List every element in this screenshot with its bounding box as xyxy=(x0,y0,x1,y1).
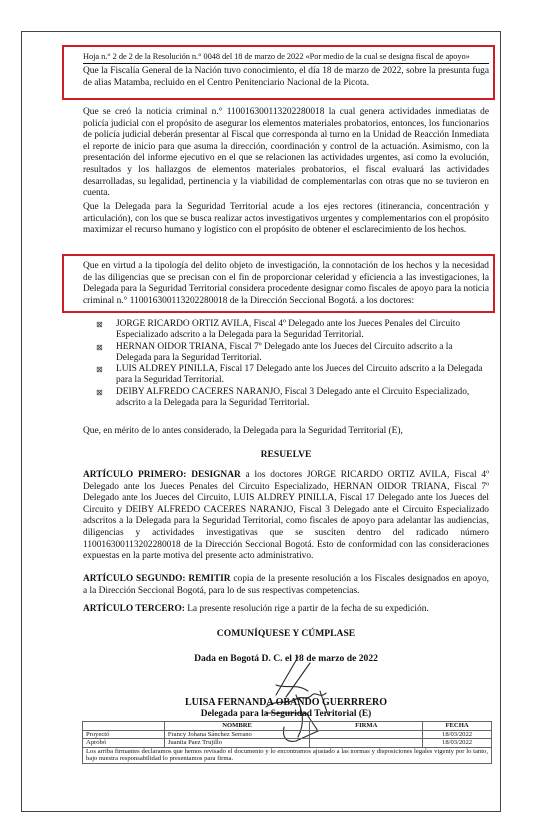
articulo-primero: ARTÍCULO PRIMERO: DESIGNAR a los doctore… xyxy=(83,470,489,563)
missing-glyph-box-icon: ⊠ xyxy=(96,364,103,375)
signer-name: LUISA FERNANDA OBANDO GUERRRERO xyxy=(83,697,489,708)
missing-glyph-box-icon: ⊠ xyxy=(96,342,103,353)
page-header: Hoja n.° 2 de 2 de la Resolución n.° 004… xyxy=(83,52,489,64)
list-item: ⊠JORGE RICARDO ORTIZ AVILA, Fiscal 4º De… xyxy=(96,319,489,342)
resuelve-heading: RESUELVE xyxy=(83,449,489,460)
paragraph-designation: Que en virtud a la tipología del delito … xyxy=(83,261,489,307)
articulo-tercero: ARTÍCULO TERCERO: La presente resolución… xyxy=(83,604,489,616)
review-table: NOMBRE FIRMA FECHA Proyectó Francy Johan… xyxy=(82,721,492,764)
list-item: ⊠HERNAN OIDOR TRIANA, Fiscal 7º Delegado… xyxy=(96,342,489,365)
signer-title: Delegada para la Seguridad Territorial (… xyxy=(83,709,489,719)
paragraph-fuga: Que la Fiscalía General de la Nación tuv… xyxy=(83,66,489,89)
comuniquese-heading: COMUNÍQUESE Y CÚMPLASE xyxy=(83,628,489,639)
table-header-row: NOMBRE FIRMA FECHA xyxy=(83,722,492,731)
list-item: ⊠DEIBY ALFREDO CACERES NARANJO, Fiscal 3… xyxy=(96,387,489,410)
missing-glyph-box-icon: ⊠ xyxy=(96,387,103,398)
table-footnote-row: Los arriba firmantes declaramos que hemo… xyxy=(83,747,492,763)
articulo-segundo: ARTÍCULO SEGUNDO: REMITIR copia de la pr… xyxy=(83,574,489,597)
list-item: ⊠LUIS ALDREY PINILLA, Fiscal 17 Delegado… xyxy=(96,364,489,387)
designee-list: ⊠JORGE RICARDO ORTIZ AVILA, Fiscal 4º De… xyxy=(96,319,489,409)
table-row: Proyectó Francy Johana Sánchez Serrano 1… xyxy=(83,730,492,739)
table-row: Aprobó Juanita Paez Trujillo 18/03/2022 xyxy=(83,739,492,748)
paragraph-noticia-criminal: Que se creó la noticia criminal n.° 1100… xyxy=(83,107,489,200)
paragraph-delegada: Que la Delegada para la Seguridad Territ… xyxy=(83,202,489,237)
missing-glyph-box-icon: ⊠ xyxy=(96,319,103,330)
paragraph-merito: Que, en mérito de lo antes considerado, … xyxy=(83,426,489,438)
